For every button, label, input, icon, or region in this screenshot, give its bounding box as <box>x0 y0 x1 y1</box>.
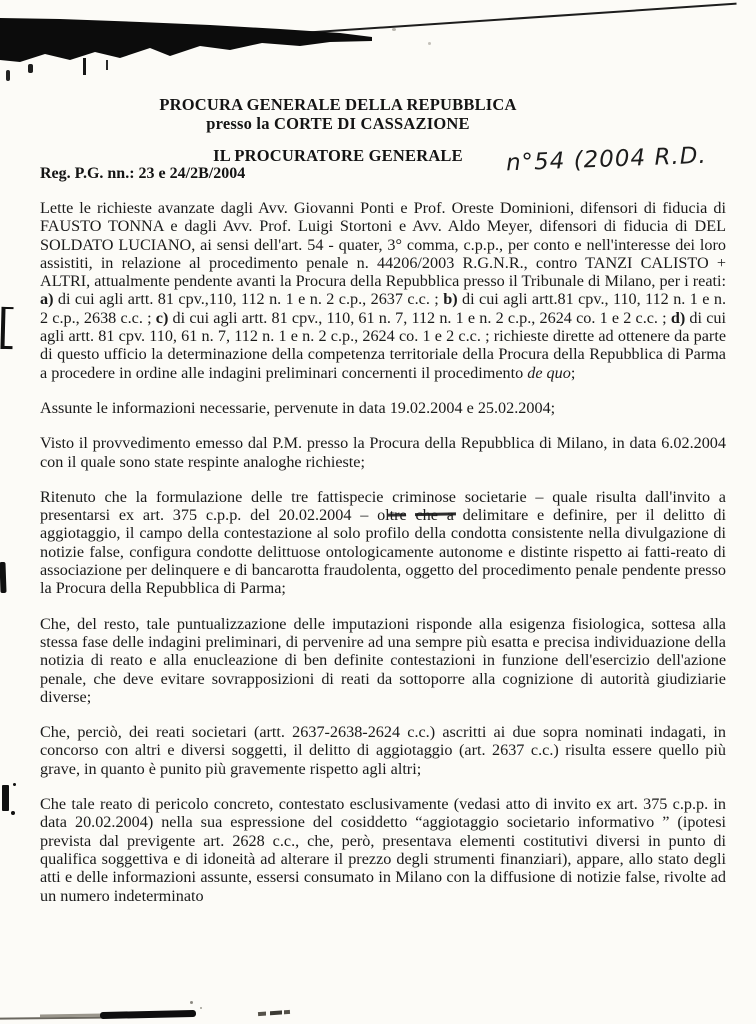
scan-artifact-top-smudge <box>0 16 372 64</box>
scan-artifact-ink-drip <box>6 70 10 81</box>
paragraph-provvedimento-pm-milano: Visto il provvedimento emesso dal P.M. p… <box>40 434 726 471</box>
scanned-document-page: PROCURA GENERALE DELLA REPUBBLICA presso… <box>0 0 756 1024</box>
paragraph-informazioni-assunte: Assunte le informazioni necessarie, perv… <box>40 399 726 417</box>
paragraph-ritenuto-fattispecie: Ritenuto che la formulazione delle tre f… <box>40 488 726 598</box>
paragraph-richieste-difensori: Lette le richieste avanzate dagli Avv. G… <box>40 199 726 382</box>
scan-artifact-speck <box>190 1001 193 1004</box>
paragraph-reati-societari: Che, perciò, dei reati societari (artt. … <box>40 723 726 778</box>
paragraph-puntualizzazione-imputazioni: Che, del resto, tale puntualizzazione de… <box>40 615 726 706</box>
org-name-line2: presso la CORTE DI CASSAZIONE <box>40 114 636 133</box>
scan-artifact-speck <box>200 1007 202 1009</box>
registry-number: Reg. P.G. nn.: 23 e 24/2B/2004 <box>40 165 245 183</box>
letterhead: PROCURA GENERALE DELLA REPUBBLICA presso… <box>40 95 636 133</box>
handwritten-margin-mark <box>0 307 13 349</box>
scan-artifact-bottom-smudge <box>100 1010 196 1019</box>
scan-artifact-speck <box>428 42 431 45</box>
scan-artifact-speck <box>392 28 396 31</box>
scan-artifact-ink-drip <box>28 64 33 73</box>
handwritten-margin-mark <box>2 785 9 811</box>
paragraph-aggiotaggio-informativo: Che tale reato di pericolo concreto, con… <box>40 795 726 905</box>
handwritten-margin-mark <box>0 562 7 593</box>
scan-artifact-ink-drip <box>106 60 108 70</box>
scan-artifact-ink-drip <box>83 58 86 75</box>
org-name-line1: PROCURA GENERALE DELLA REPUBBLICA <box>40 95 636 114</box>
scan-artifact-bottom-squiggle <box>258 1010 290 1016</box>
document-body: Lette le richieste avanzate dagli Avv. G… <box>40 199 726 922</box>
